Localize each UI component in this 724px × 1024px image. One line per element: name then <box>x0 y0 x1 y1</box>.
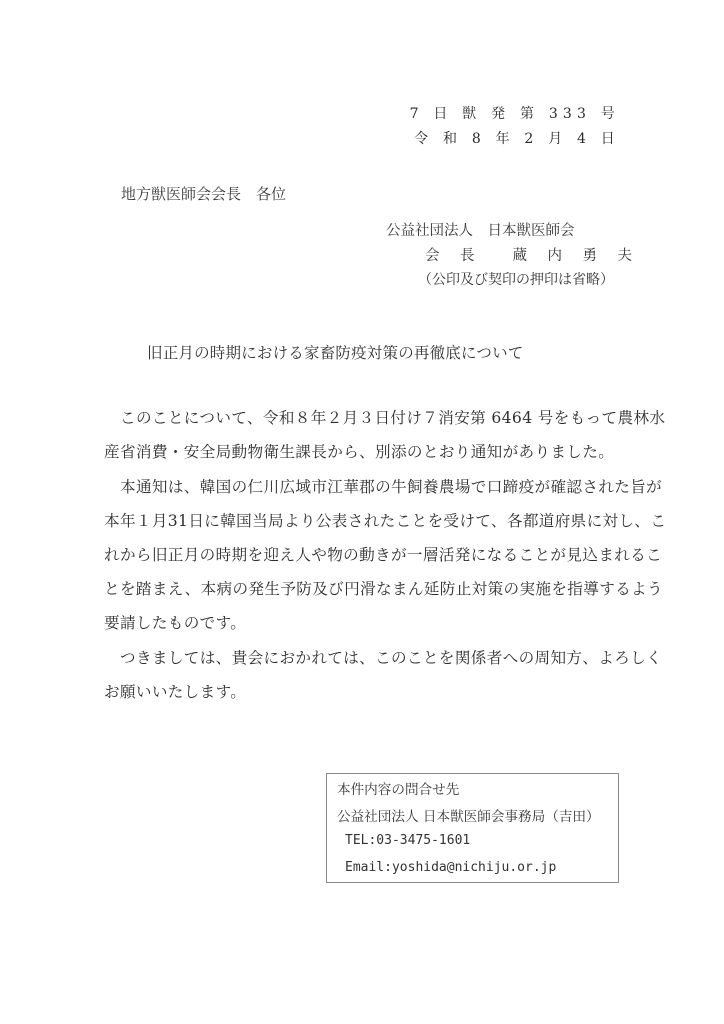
seal-note: （公印及び契印の押印は省略） <box>418 269 614 289</box>
contact-heading: 本件内容の問合せ先 <box>337 778 459 798</box>
sender-organization: 公益社団法人 日本獣医師会 <box>386 219 575 240</box>
body-line: れから旧正月の時期を迎え人や物の動きが一層活発になることが見込まれるこ <box>104 545 662 565</box>
body-line: お願いいたします。 <box>104 682 246 702</box>
contact-organization: 公益社団法人 日本獣医師会事務局（吉田） <box>337 805 600 825</box>
body-line: 本年１月31日に韓国当局より公表されたことを受けて、各都道府県に対し、こ <box>104 511 666 531</box>
document-subject: 旧正月の時期における家畜防疫対策の再徹底について <box>147 341 524 363</box>
body-line: 要請したものです。 <box>104 613 246 633</box>
reference-number: 7 日 獣 発 第 333 号 <box>410 103 620 125</box>
body-line: とを踏まえ、本病の発生予防及び円滑なまん延防止対策の実施を指導するよう <box>104 579 663 599</box>
contact-box: 本件内容の問合せ先 公益社団法人 日本獣医師会事務局（吉田） TEL:03-34… <box>326 773 619 883</box>
contact-email: Email:yoshida@nichiju.or.jp <box>345 860 556 875</box>
body-line: つきましては、貴会におかれては、このことを関係者への周知方、よろしく <box>120 648 662 668</box>
document-date: 令 和 8 年 2 月 4 日 <box>414 128 620 150</box>
body-line: 産省消費・安全局動物衛生課長から、別添のとおり通知がありました。 <box>104 442 614 462</box>
body-line: 本通知は、韓国の仁川広域市江華郡の牛飼養農場で口蹄疫が確認された旨が <box>120 477 662 497</box>
contact-tel: TEL:03-3475-1601 <box>345 833 470 848</box>
body-line: このことについて、令和８年２月３日付け７消安第 6464 号をもって農林水 <box>120 408 665 428</box>
addressee: 地方獣医師会会長 各位 <box>121 183 286 204</box>
sender-title-name: 会 長 蔵 内 勇 夫 <box>425 244 635 265</box>
